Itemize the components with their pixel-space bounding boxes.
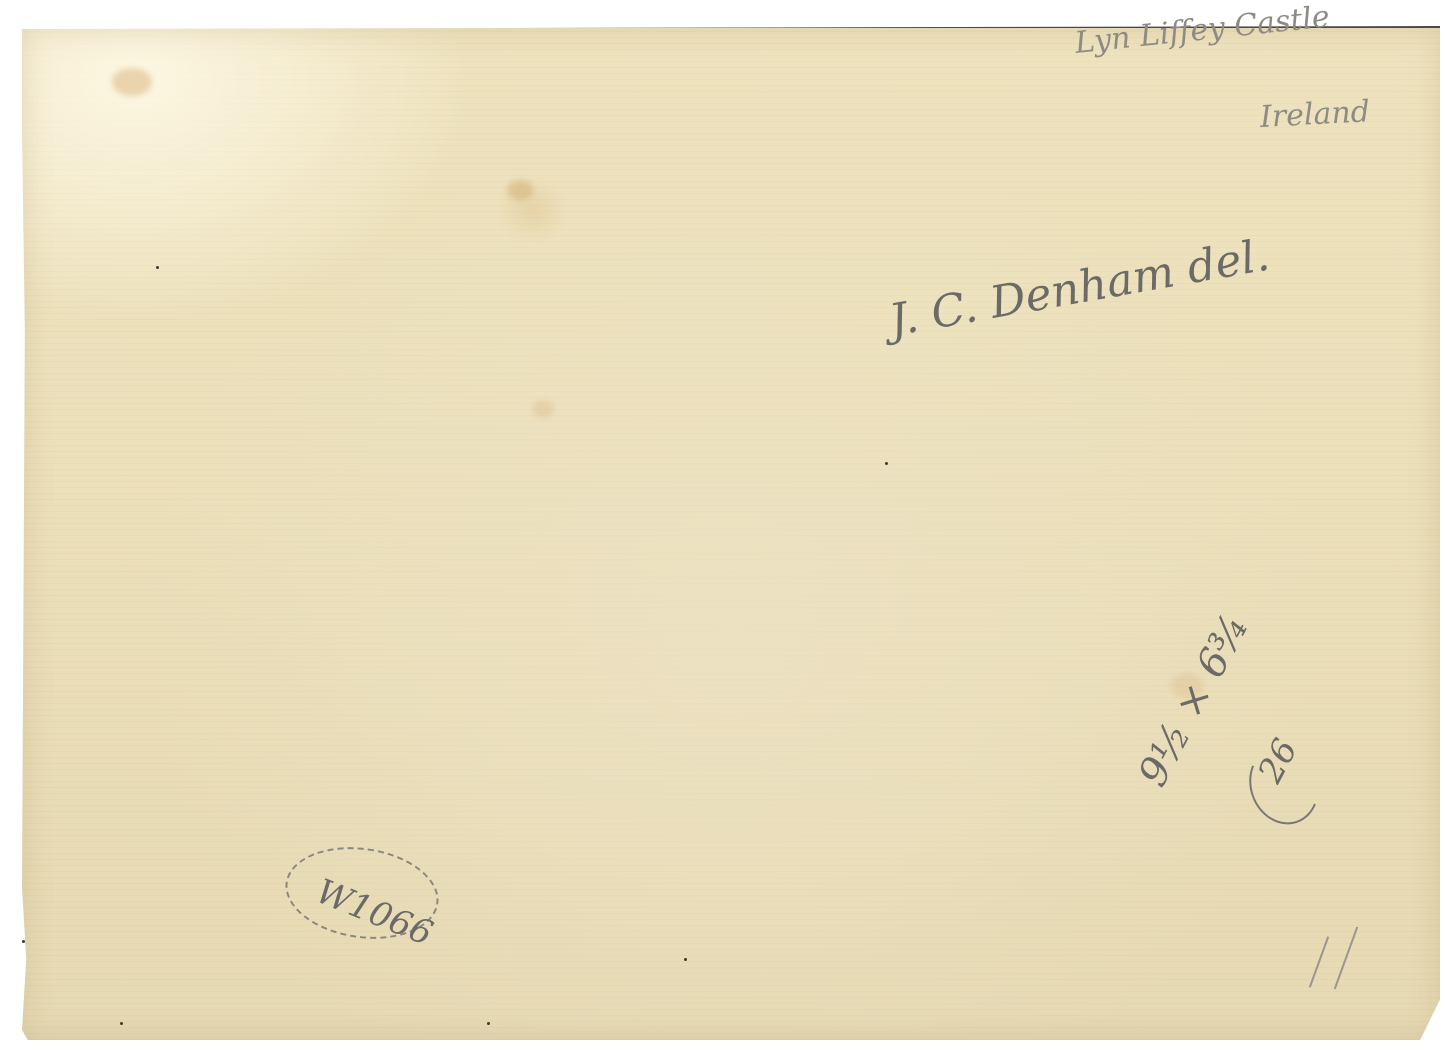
foxing-spot — [507, 180, 533, 200]
speck — [22, 940, 25, 943]
foxing-spot — [532, 400, 554, 418]
speck — [684, 958, 687, 961]
speck — [885, 462, 888, 465]
paper-sheet — [22, 26, 1440, 1040]
speck — [156, 266, 159, 269]
water-stain — [112, 68, 152, 96]
location-inscription-line-2: Ireland — [1259, 94, 1371, 135]
speck — [487, 1022, 490, 1025]
speck — [120, 1022, 123, 1025]
